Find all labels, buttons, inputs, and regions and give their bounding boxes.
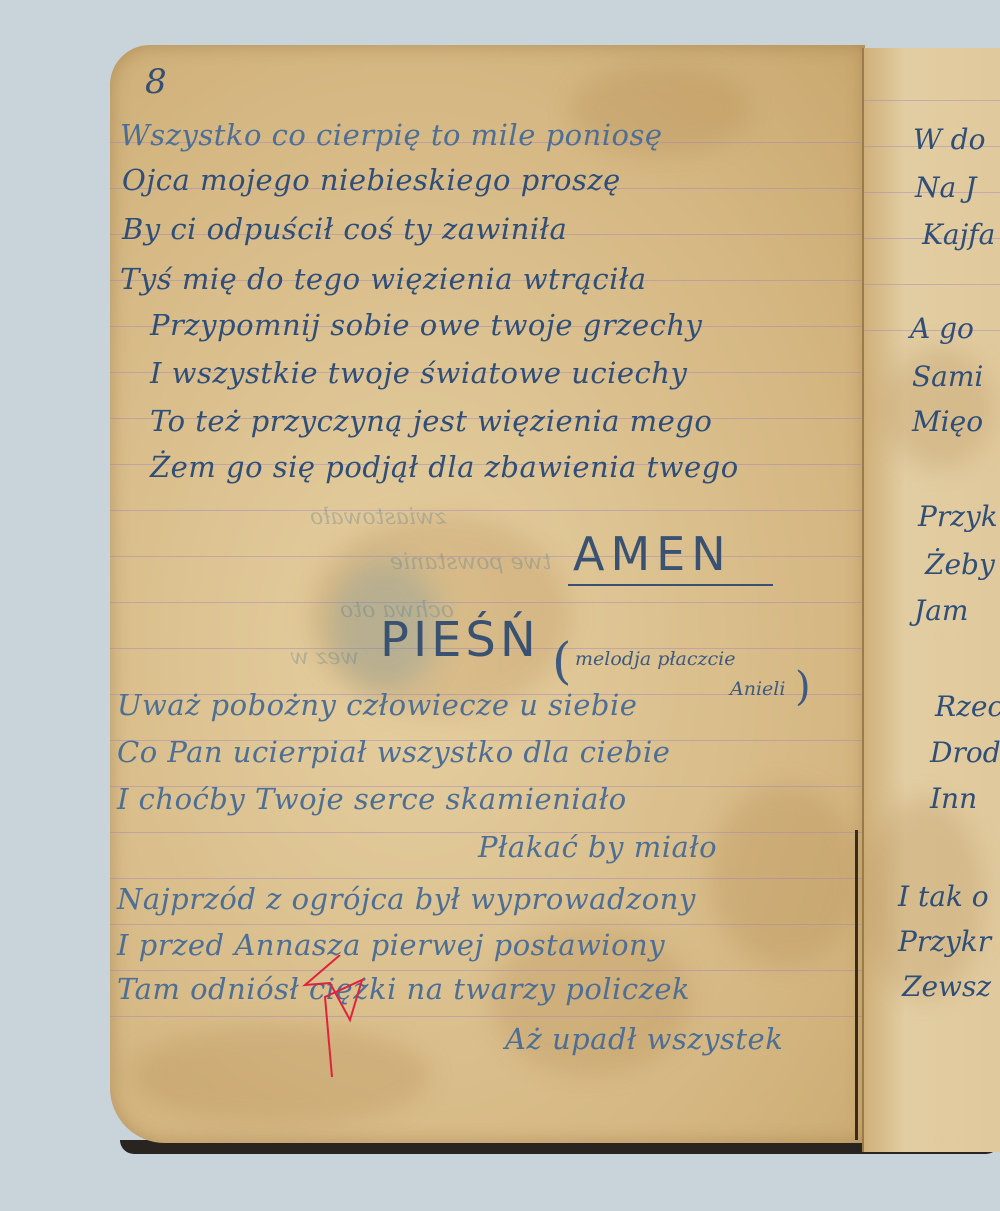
verse-line: Płakać by miało — [478, 830, 717, 864]
verse-line: By ci odpuścił coś ty zawiniła — [122, 212, 567, 246]
verse-line: Tam odniósł ciężki na twarzy policzek — [117, 972, 690, 1006]
verse-line: Najprzód z ogrójca był wyprowadzony — [117, 882, 696, 916]
right-page-fragment: Mięo — [912, 405, 983, 438]
melody-note-line1: melodja płaczcie — [575, 646, 735, 672]
right-page-fragment: Jam — [914, 594, 968, 627]
verse-line: Uważ pobożny człowiecze u siebie — [117, 688, 637, 722]
page-number: 8 — [145, 62, 167, 102]
right-page-fragment: Sami — [912, 360, 983, 393]
bleed-through-text: zwiastowało — [310, 505, 446, 530]
verse-line: Przypomnij sobie owe twoje grzechy — [150, 308, 702, 342]
melody-note-line2: Anieli — [730, 676, 785, 702]
right-page-fragment: A go — [910, 312, 974, 345]
verse-line: Co Pan ucierpiał wszystko dla ciebie — [117, 735, 670, 769]
right-page-fragment: I tak o — [898, 880, 989, 913]
right-page-fragment: W do — [913, 123, 985, 156]
right-page-fragment: Na J — [915, 171, 976, 204]
red-correction-mark — [300, 955, 390, 1085]
open-paren: ( — [552, 632, 572, 690]
verse-line: Ojca mojego niebieskiego proszę — [122, 163, 621, 197]
right-page-fragment: Zewsz — [902, 970, 991, 1003]
verse-line: Żem go się podjął dla zbawienia twego — [150, 450, 739, 484]
verse-line: I wszystkie twoje światowe uciechy — [150, 356, 687, 390]
right-page-fragment: Przyk — [918, 500, 998, 533]
right-page-fragment: Żeby — [925, 548, 995, 581]
right-page-fragment: Przykr — [898, 925, 991, 958]
verse-line: Aż upadł wszystek — [505, 1022, 783, 1056]
song-title: PIEŚŃ — [380, 612, 540, 668]
amen-underline — [568, 584, 773, 586]
verse-line: Tyś mię do tego więzienia wtrąciła — [120, 262, 647, 296]
page-fold — [855, 830, 858, 1140]
verse-line: To też przyczyną jest więzienia mego — [150, 404, 712, 438]
right-page-fragment: Inn — [930, 782, 977, 815]
verse-line: I choćby Twoje serce skamieniało — [117, 782, 627, 816]
right-page-fragment: Rzec — [935, 690, 1000, 723]
amen-heading: AMEN — [573, 527, 732, 581]
verse-line: Wszystko co cierpię to mile poniosę — [120, 118, 663, 152]
right-page-fragment: Kajfa — [922, 218, 995, 251]
right-page-fragment: Drod — [930, 736, 1000, 769]
close-paren: ) — [795, 664, 811, 710]
verse-line: I przed Annasza pierwej postawiony — [117, 928, 665, 962]
